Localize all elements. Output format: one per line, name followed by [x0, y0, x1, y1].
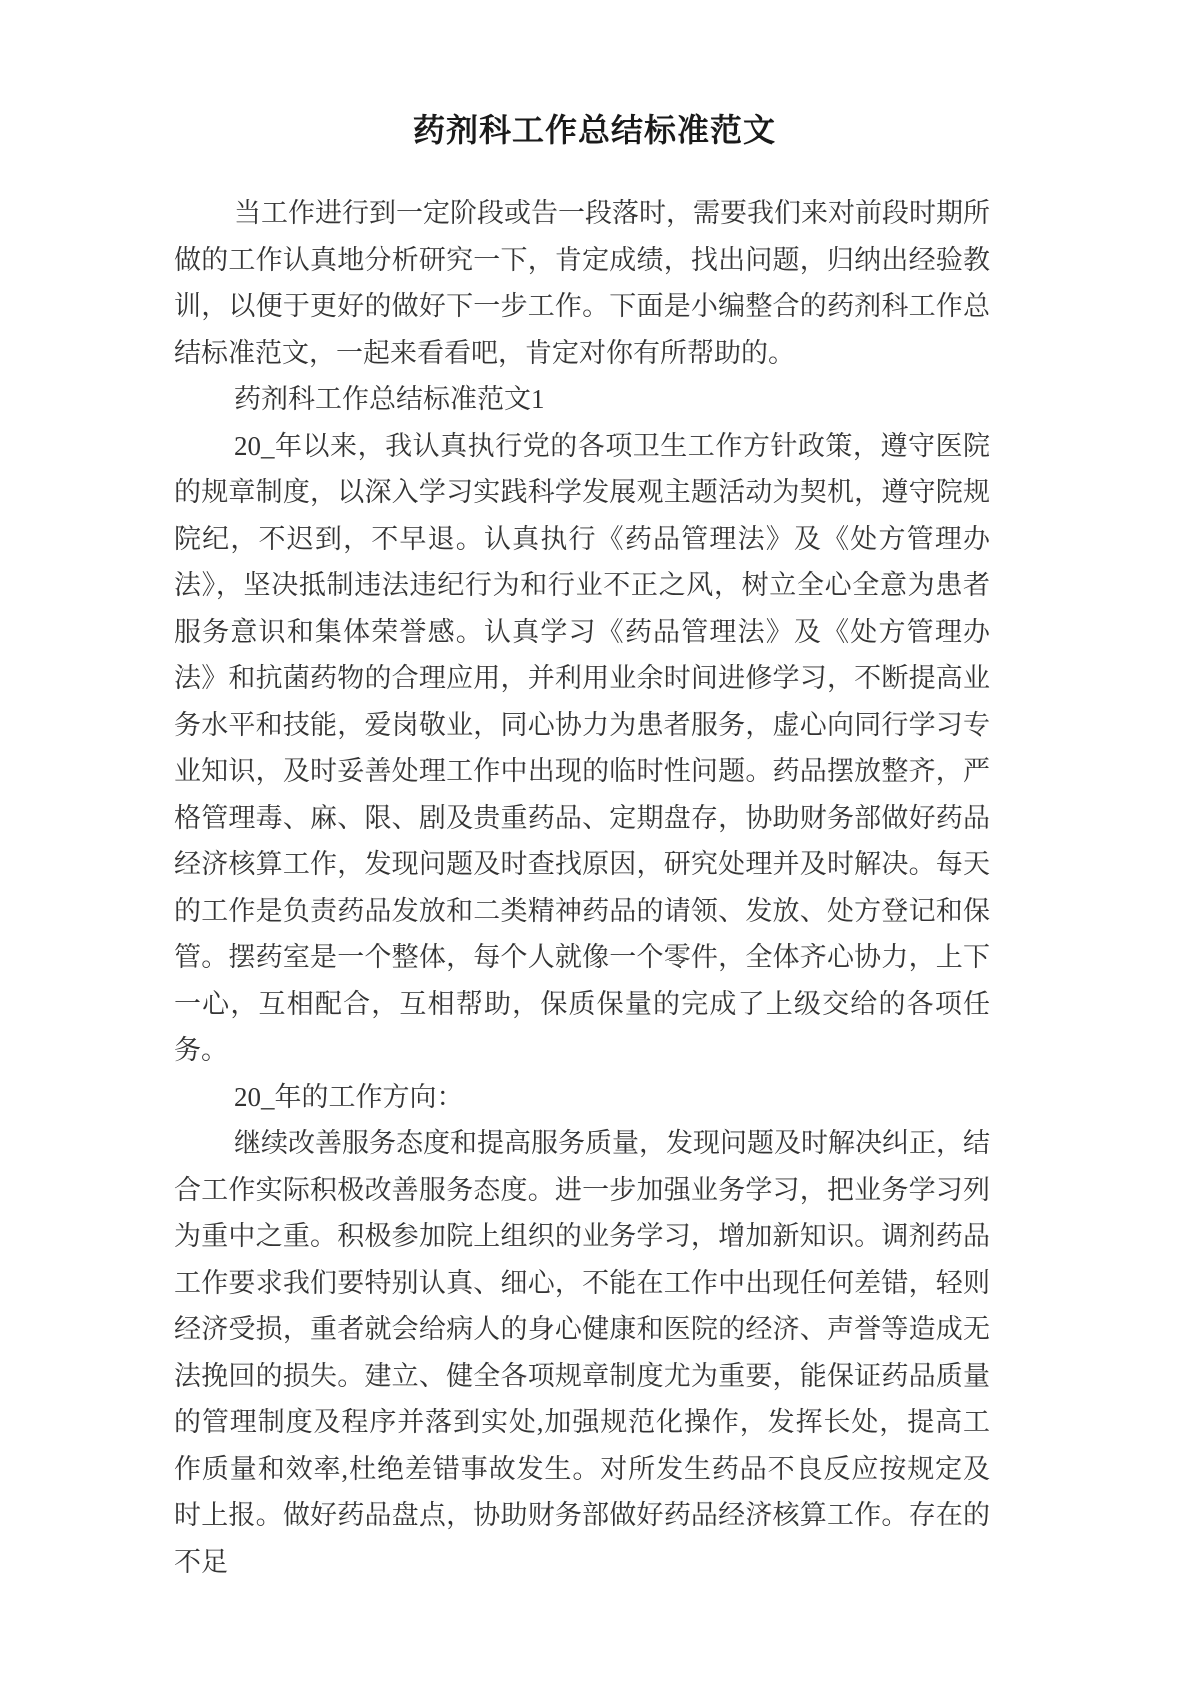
document-title: 药剂科工作总结标准范文	[0, 0, 1189, 152]
document-body: 当工作进行到一定阶段或告一段落时，需要我们来对前段时期所做的工作认真地分析研究一…	[174, 190, 990, 1585]
body-paragraph-1: 20_年以来，我认真执行党的各项卫生工作方针政策，遵守医院的规章制度，以深入学习…	[174, 423, 990, 1074]
sample-heading: 药剂科工作总结标准范文1	[174, 376, 990, 423]
document-title-text: 药剂科工作总结标准范文	[413, 112, 776, 148]
direction-heading: 20_年的工作方向：	[174, 1074, 990, 1121]
body-paragraph-2: 继续改善服务态度和提高服务质量，发现问题及时解决纠正，结合工作实际积极改善服务态…	[174, 1120, 990, 1585]
intro-paragraph: 当工作进行到一定阶段或告一段落时，需要我们来对前段时期所做的工作认真地分析研究一…	[174, 190, 990, 376]
document-page: 药剂科工作总结标准范文 当工作进行到一定阶段或告一段落时，需要我们来对前段时期所…	[0, 0, 1189, 1682]
